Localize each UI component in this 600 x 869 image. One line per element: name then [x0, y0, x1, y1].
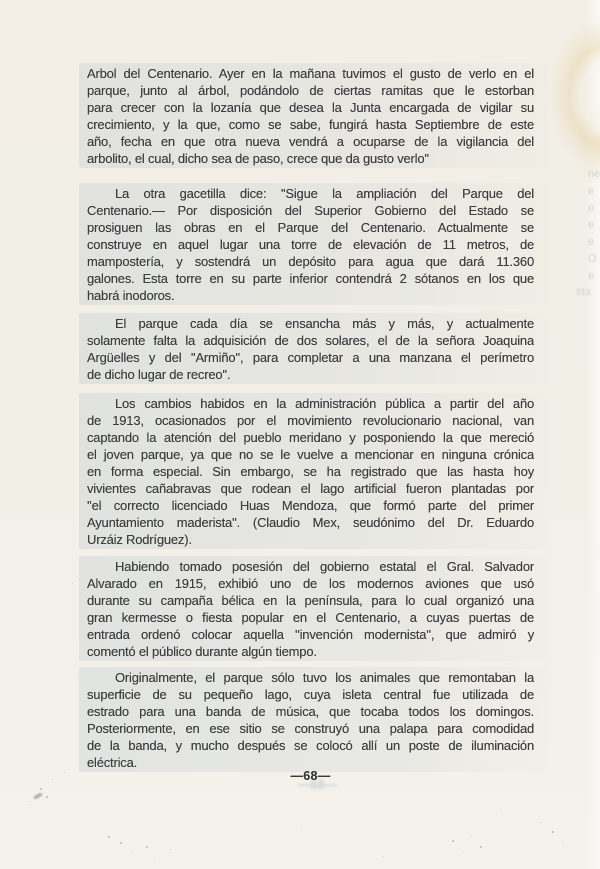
paper-speckle — [463, 852, 464, 853]
paper-speckle — [552, 831, 554, 833]
paper-speckle — [170, 849, 171, 850]
text-line: Posteriormente, en ese sitio se construy… — [87, 720, 534, 737]
paper-speckle — [108, 836, 110, 838]
bleedthrough-glyph: e — [588, 219, 594, 231]
paragraph-2: La otra gacetilla dice: ''Sigue la ampli… — [87, 185, 534, 304]
paper-speckle — [120, 842, 122, 844]
paper-speckle — [72, 583, 73, 584]
text-line: mampostería, y sostendrá un depósito par… — [87, 253, 534, 270]
paper-speckle — [382, 856, 383, 857]
paragraph-4: Los cambios habidos en la administración… — [87, 395, 534, 548]
pencil-smudge — [33, 792, 44, 800]
paper-speckle — [500, 808, 501, 809]
paragraph-5: Habiendo tomado posesión del gobierno es… — [87, 558, 534, 660]
paper-speckle — [40, 788, 42, 790]
text-line: Arbol del Centenario. Ayer en la mañana … — [87, 65, 534, 82]
text-line: durante su campaña bélica en la penínsul… — [87, 592, 534, 609]
text-line: de 1913, ocasionados por el movimiento r… — [87, 412, 534, 429]
paper-speckle — [52, 779, 53, 780]
paper-speckle — [46, 796, 48, 798]
text-line: de la banda, y mucho después se colocó a… — [87, 737, 534, 754]
page-footer: —68— —68— — [87, 769, 534, 783]
bleedthrough-glyph: ne — [588, 168, 600, 180]
text-line: superficie de su pequeño lago, cuya isle… — [87, 686, 534, 703]
text-line: solamente falta la adquisición de dos so… — [87, 332, 534, 349]
paper-speckle — [64, 772, 65, 773]
text-line: de dicho lugar de recreo''. — [87, 366, 534, 383]
bleedthrough-glyph: o — [588, 202, 594, 214]
text-line: galones. Esta torre en su parte inferior… — [87, 270, 534, 287]
paper-speckle — [30, 801, 31, 802]
text-line: crecimiento, y la que, como se sabe, fun… — [87, 116, 534, 133]
text-line: Centenario.— Por disposición del Superio… — [87, 202, 534, 219]
text-line: Los cambios habidos en la administración… — [87, 395, 534, 412]
bleedthrough-glyph: sta — [576, 286, 591, 298]
paper-speckle — [132, 851, 133, 852]
bleedthrough-glyph: O — [588, 253, 597, 265]
paragraph-1: Arbol del Centenario. Ayer en la mañana … — [87, 65, 534, 167]
text-line: entrada ordenó colocar aquella ''invenci… — [87, 626, 534, 643]
text-line: El parque cada día se ensancha más y más… — [87, 315, 534, 332]
text-line: en forma especial. Sin embargo, se ha re… — [87, 463, 534, 480]
text-line: Urzáiz Rodríguez). — [87, 531, 534, 548]
paragraph-3: El parque cada día se ensancha más y más… — [87, 315, 534, 383]
bleedthrough-glyph: e — [588, 185, 594, 197]
text-line: Alvarado en 1915, exhibió uno de los mod… — [87, 575, 534, 592]
text-line: construye en aquel lugar una torre de el… — [87, 236, 534, 253]
text-line: comentó el público durante algún tiempo. — [87, 643, 534, 660]
text-line: estrado para una banda de música, que to… — [87, 703, 534, 720]
scanned-book-page: Arbol del Centenario. Ayer en la mañana … — [0, 0, 600, 869]
paper-speckle — [540, 822, 541, 823]
text-line: arbolito, el cual, dicho sea de paso, cr… — [87, 150, 534, 167]
text-line: gran kermesse o fiesta popular en el Cen… — [87, 609, 534, 626]
paper-speckle — [452, 840, 454, 842]
text-line: captando la atención del pueblo meridano… — [87, 429, 534, 446]
text-line: vivientes cañabravas que rodean el lago … — [87, 480, 534, 497]
text-line: Originalmente, el parque sólo tuvo los a… — [87, 669, 534, 686]
paper-speckle — [146, 846, 148, 848]
text-line: La otra gacetilla dice: ''Sigue la ampli… — [87, 185, 534, 202]
paper-speckle — [300, 826, 301, 827]
text-line: habrá inodoros. — [87, 287, 534, 304]
paper-speckle — [470, 836, 471, 837]
text-line: Ayuntamiento maderista''. (Claudio Mex, … — [87, 514, 534, 531]
text-line: prosiguen las obras en el Parque del Cen… — [87, 219, 534, 236]
text-line: ''el correcto licenciado Huas Mendoza, q… — [87, 497, 534, 514]
text-line: Habiendo tomado posesión del gobierno es… — [87, 558, 534, 575]
text-line: año, fecha en que otra nueva vendrá a oc… — [87, 133, 534, 150]
bleedthrough-glyph: e — [588, 270, 594, 282]
paper-speckle — [480, 846, 482, 848]
paper-speckle — [155, 858, 156, 859]
text-line: para crecer con la lozanía que desea la … — [87, 99, 534, 116]
text-line: Argüelles y del ''Armiño'', para complet… — [87, 349, 534, 366]
paragraph-6: Originalmente, el parque sólo tuvo los a… — [87, 669, 534, 771]
paper-speckle — [562, 842, 563, 843]
page-number: —68— — [87, 769, 534, 783]
text-line: parque, junto al árbol, podándolo de cie… — [87, 82, 534, 99]
text-line: el joven parque, ya que no se le vuelve … — [87, 446, 534, 463]
text-column: Arbol del Centenario. Ayer en la mañana … — [87, 65, 534, 771]
bleedthrough-glyph: e — [588, 236, 594, 248]
